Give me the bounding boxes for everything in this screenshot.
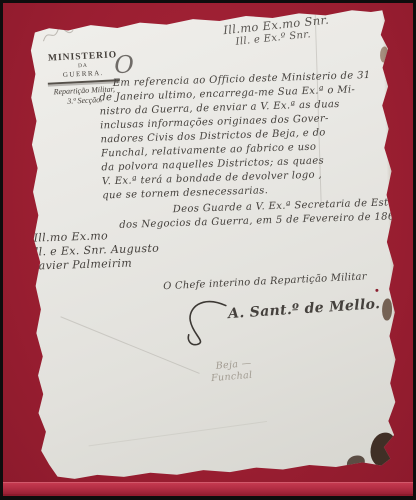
burnt-right-edge xyxy=(382,6,409,477)
ink-dot xyxy=(375,289,378,292)
pencil-scribble xyxy=(41,24,76,45)
signature-flourish xyxy=(182,297,235,347)
paper-crease-diagonal xyxy=(60,316,199,374)
closing-line-2: dos Negocios da Guerra, em 5 de Fevereir… xyxy=(119,210,395,233)
addressee-line-1: Ill.mo Ex.mo xyxy=(33,229,108,244)
addressee-line-3: Xavier Palmeirim xyxy=(30,257,132,273)
red-mat-background: MINISTERIO DA GUERRA. Repartição Militar… xyxy=(3,3,413,496)
burn-spot xyxy=(384,94,390,106)
burn-spot-large xyxy=(370,432,397,467)
burn-spot xyxy=(380,46,388,62)
mat-bottom-band xyxy=(3,482,413,494)
addressee-line-2: Ill. e Ex. Snr. Augusto xyxy=(30,242,160,259)
burn-spot-left xyxy=(27,410,36,442)
pencil-note-funchal: Funchal xyxy=(211,370,253,384)
burn-spot xyxy=(347,455,365,471)
burn-spot-left xyxy=(23,250,31,298)
photo-frame: MINISTERIO DA GUERRA. Repartição Militar… xyxy=(0,0,416,500)
signature-name: A. Sant.º de Mello. xyxy=(228,296,381,322)
paper-crease-bottom xyxy=(89,421,267,446)
letter-paper: MINISTERIO DA GUERRA. Repartição Militar… xyxy=(15,6,409,489)
signoff-role: O Chefe interino da Repartição Militar xyxy=(163,271,367,292)
flourish-initial: O xyxy=(114,50,135,79)
